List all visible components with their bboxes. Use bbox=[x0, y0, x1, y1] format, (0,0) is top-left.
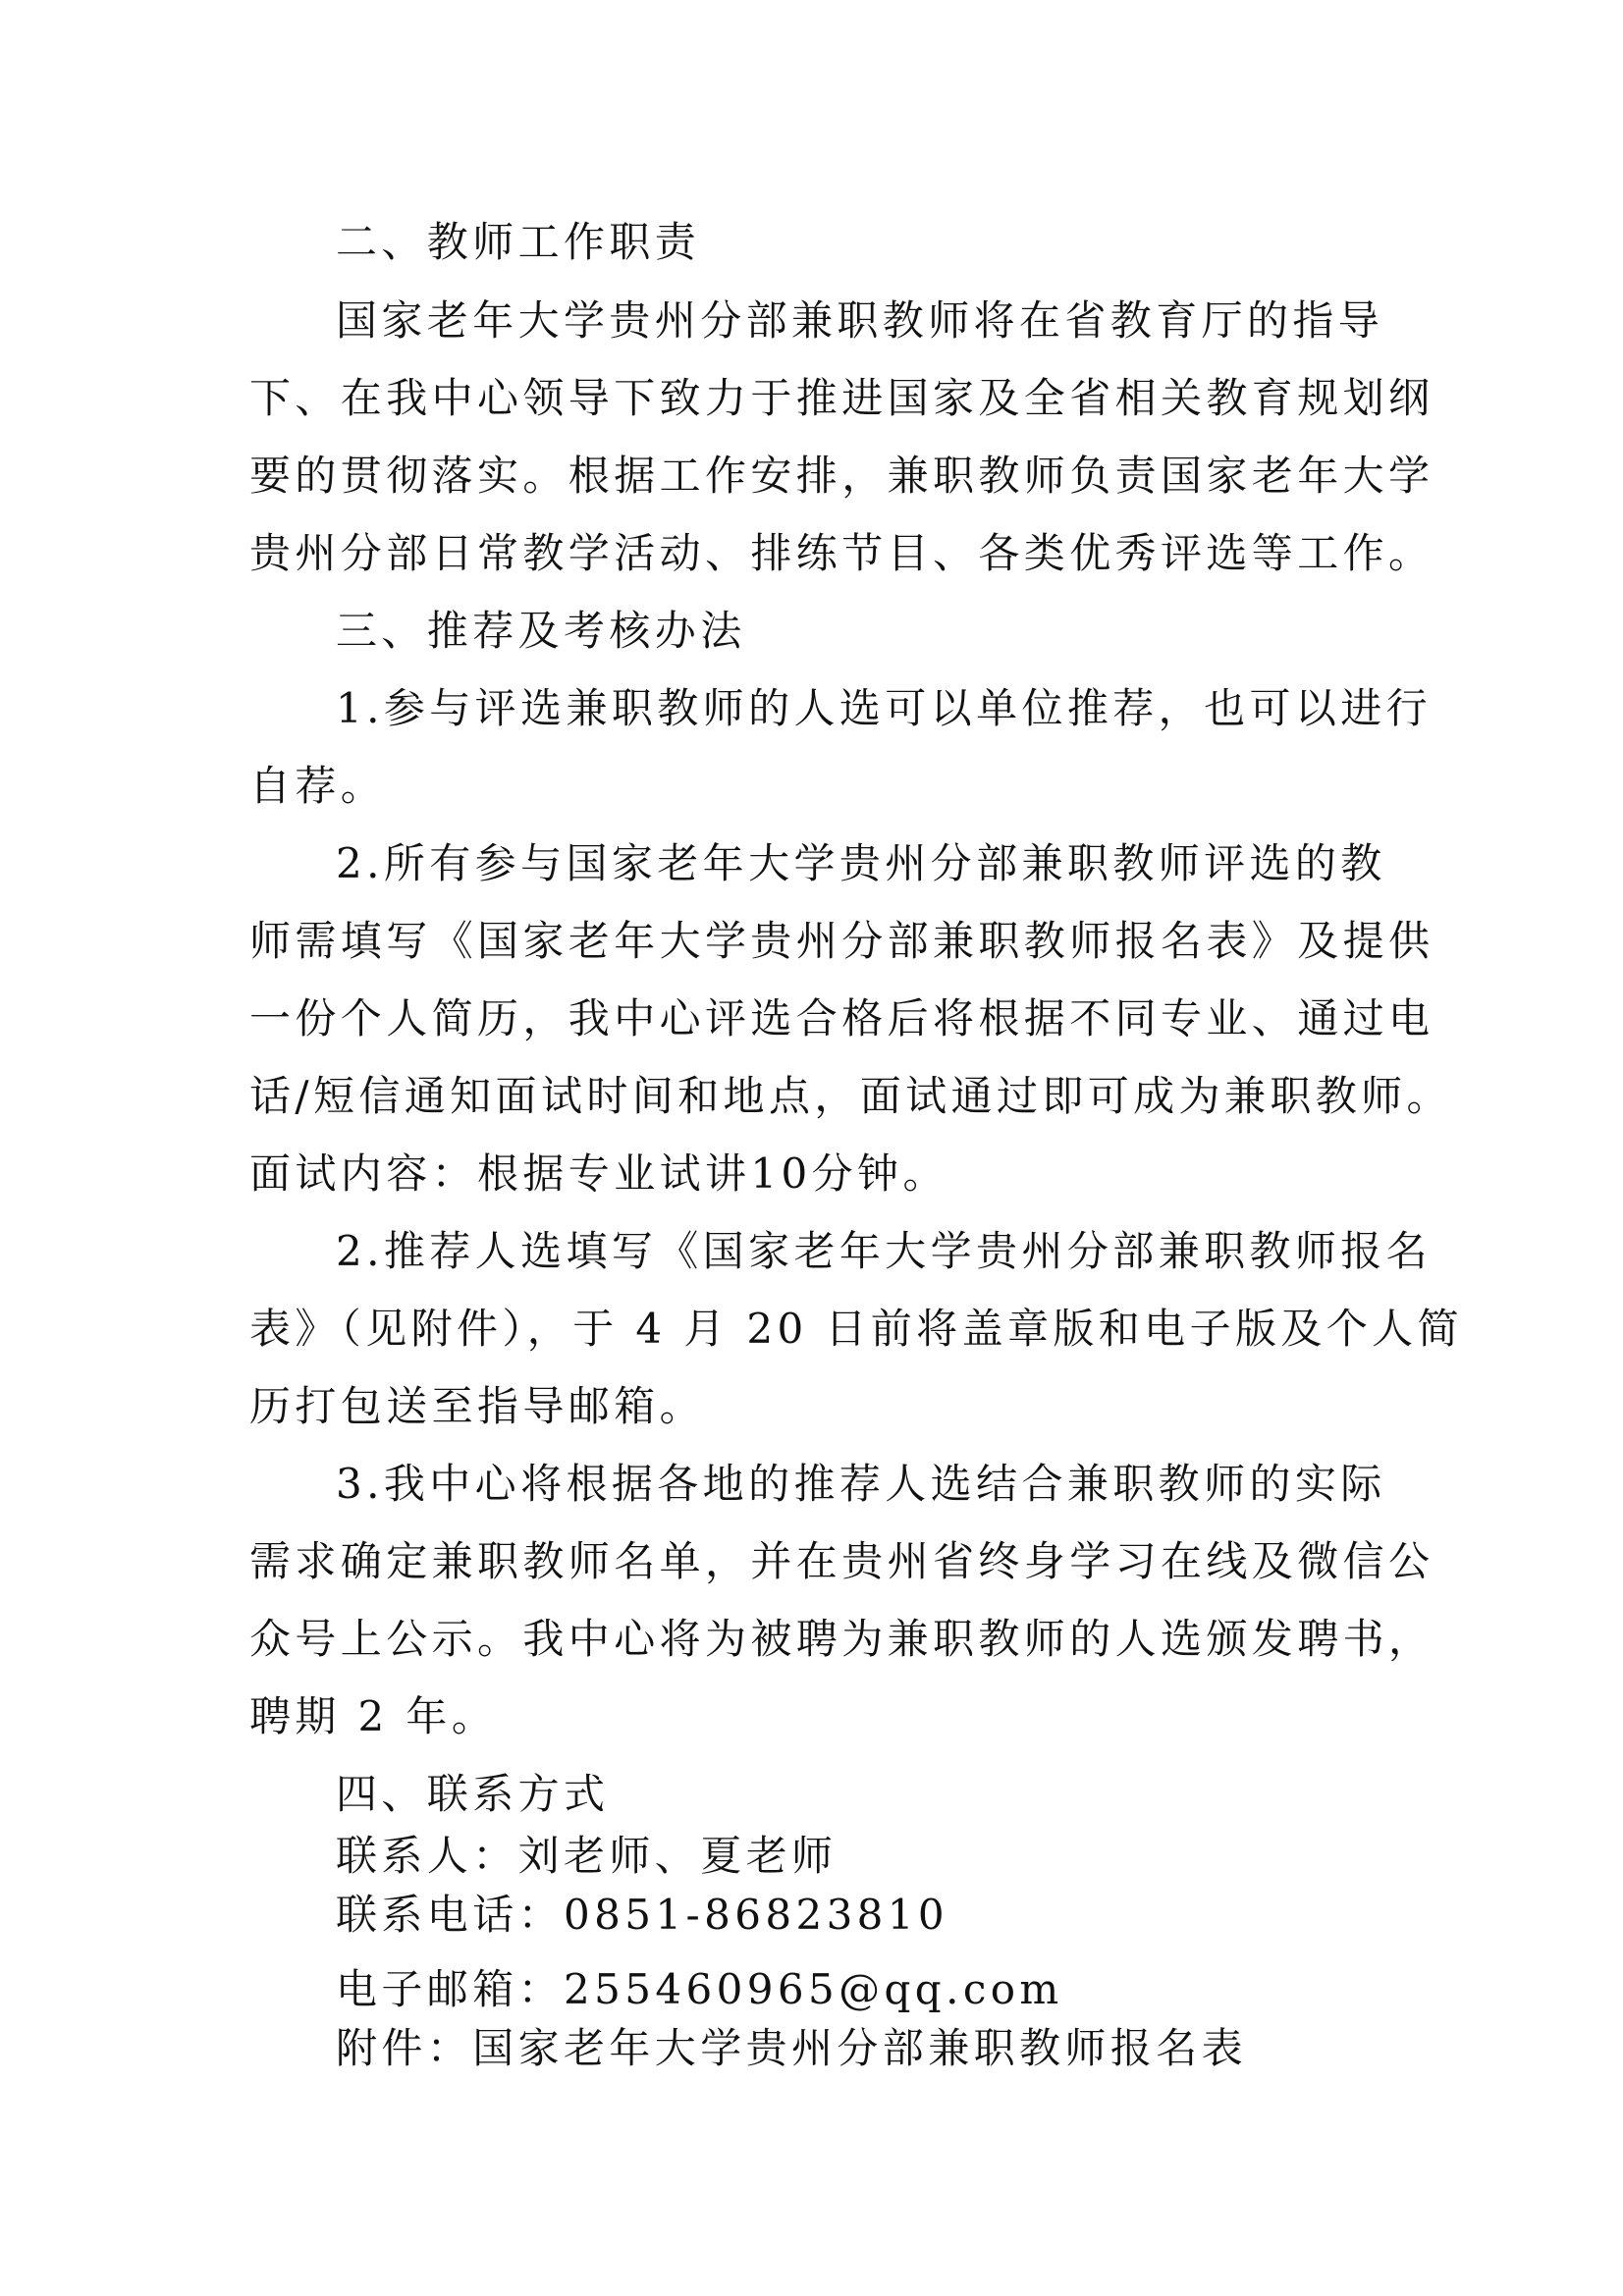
attachment-note: 附件：国家老年大学贵州分部兼职教师报名表 bbox=[336, 2024, 1247, 2073]
paragraph-line: 需求确定兼职教师名单，并在贵州省终身学习在线及微信公 bbox=[249, 1537, 1379, 1586]
paragraph-line: 众号上公示。我中心将为被聘为兼职教师的人选颁发聘书， bbox=[249, 1615, 1379, 1664]
paragraph-line: 一份个人简历，我中心评选合格后将根据不同专业、通过电 bbox=[249, 994, 1379, 1043]
section-heading-contact: 四、联系方式 bbox=[336, 1770, 609, 1819]
paragraph-line: 师需填写《国家老年大学贵州分部兼职教师报名表》及提供 bbox=[249, 917, 1379, 966]
paragraph-line: 历打包送至指导邮箱。 bbox=[249, 1382, 705, 1431]
section-heading-recommendation: 三、推荐及考核办法 bbox=[336, 607, 746, 656]
paragraph-line: 1.参与评选兼职教师的人选可以单位推荐，也可以进行 bbox=[336, 684, 1379, 733]
contact-person: 联系人：刘老师、夏老师 bbox=[336, 1832, 837, 1881]
section-heading-duties: 二、教师工作职责 bbox=[336, 218, 700, 267]
paragraph-line: 2.推荐人选填写《国家老年大学贵州分部兼职教师报名 bbox=[336, 1227, 1379, 1276]
paragraph-line: 3.我中心将根据各地的推荐人选结合兼职教师的实际 bbox=[336, 1460, 1379, 1509]
paragraph-line: 面试内容：根据专业试讲10分钟。 bbox=[249, 1149, 948, 1199]
paragraph-line: 话/短信通知面试时间和地点，面试通过即可成为兼职教师。 bbox=[249, 1072, 1379, 1121]
paragraph-line: 自荐。 bbox=[249, 762, 386, 811]
paragraph-line: 国家老年大学贵州分部兼职教师将在省教育厅的指导 bbox=[336, 296, 1379, 346]
paragraph-line: 2.所有参与国家老年大学贵州分部兼职教师评选的教 bbox=[336, 839, 1379, 888]
contact-phone: 联系电话：0851-86823810 bbox=[336, 1891, 948, 1940]
paragraph-line: 表》（见附件），于 4 月 20 日前将盖章版和电子版及个人简 bbox=[249, 1305, 1379, 1354]
paragraph-line: 聘期 2 年。 bbox=[249, 1692, 497, 1741]
paragraph-line: 要的贯彻落实。根据工作安排，兼职教师负责国家老年大学 bbox=[249, 452, 1379, 501]
paragraph-line: 下、在我中心领导下致力于推进国家及全省相关教育规划纲 bbox=[249, 374, 1379, 423]
paragraph-line: 贵州分部日常教学活动、排练节目、各类优秀评选等工作。 bbox=[249, 529, 1379, 578]
contact-email: 电子邮箱：255460965@qq.com bbox=[336, 1965, 1063, 2014]
